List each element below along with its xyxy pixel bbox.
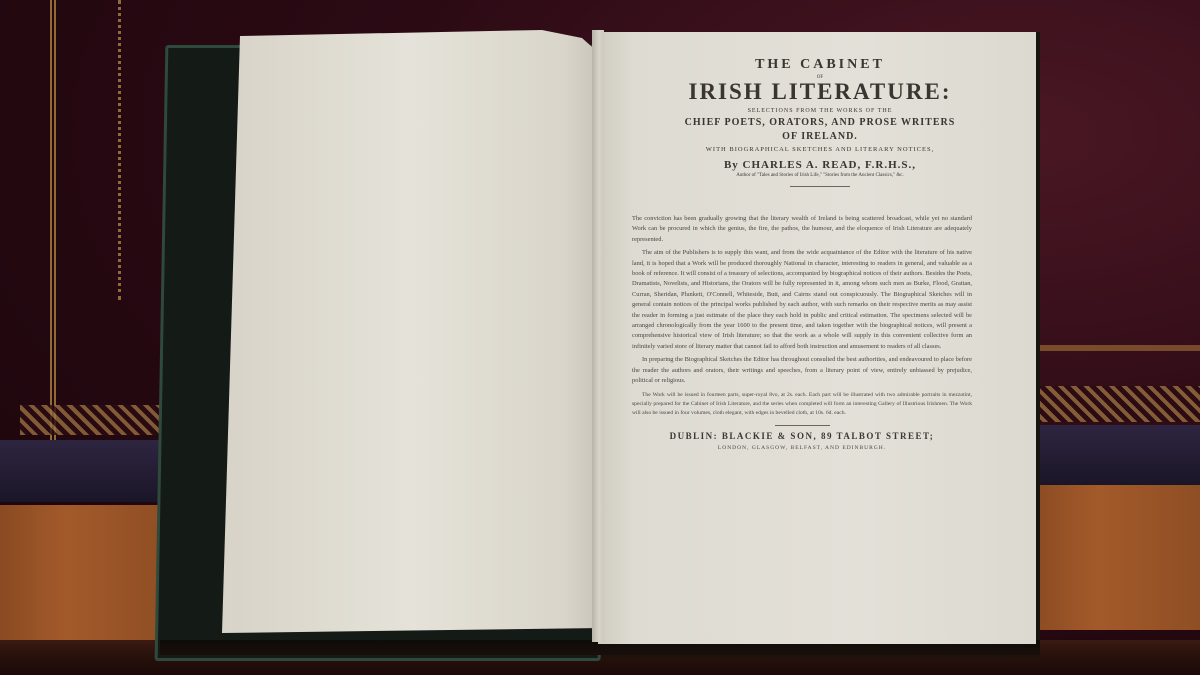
main-title: IRISH LITERATURE:	[620, 80, 1020, 104]
with-sketches-line: WITH BIOGRAPHICAL SKETCHES AND LITERARY …	[620, 146, 1020, 153]
paragraph: The aim of the Publishers is to supply t…	[632, 248, 972, 352]
selections-line: SELECTIONS FROM THE WORKS OF THE	[620, 108, 1020, 114]
gold-braid-decoration-left	[50, 0, 56, 440]
navy-leather-band-right	[1030, 425, 1200, 485]
paragraph: In preparing the Biographical Sketches t…	[632, 355, 972, 386]
navy-leather-band-left	[0, 440, 170, 502]
prospectus-text: The conviction has been gradually growin…	[632, 214, 972, 454]
title-block: THE CABINET OF IRISH LITERATURE: SELECTI…	[620, 55, 1020, 193]
gold-tooled-band-right	[1030, 386, 1200, 422]
publisher-imprint: DUBLIN: BLACKIE & SON, 89 TALBOT STREET;	[632, 431, 972, 441]
wood-panel-left	[0, 505, 165, 645]
title-line-cabinet: THE CABINET	[620, 57, 1020, 73]
gold-braid-decoration-inner	[118, 0, 121, 300]
author-credits: Author of "Tales and Stories of Irish Li…	[620, 173, 1020, 178]
divider-rule	[775, 425, 830, 426]
author-byline: By CHARLES A. READ, F.R.H.S.,	[620, 159, 1020, 171]
publication-notice: The Work will be issued in fourteen part…	[632, 391, 972, 419]
wood-panel-right	[1030, 485, 1200, 630]
subtitle-line-2: OF IRELAND.	[620, 131, 1020, 142]
gold-tooled-line-right	[1030, 345, 1200, 351]
book-gutter	[592, 30, 604, 642]
divider-rule	[790, 186, 850, 187]
publisher-cities: LONDON, GLASGOW, BELFAST, AND EDINBURGH.	[632, 443, 972, 453]
paragraph: The conviction has been gradually growin…	[632, 214, 972, 245]
subtitle-line-1: CHIEF POETS, ORATORS, AND PROSE WRITERS	[620, 117, 1020, 128]
blank-left-page[interactable]	[222, 28, 602, 633]
gold-tooled-band-left	[20, 405, 170, 435]
